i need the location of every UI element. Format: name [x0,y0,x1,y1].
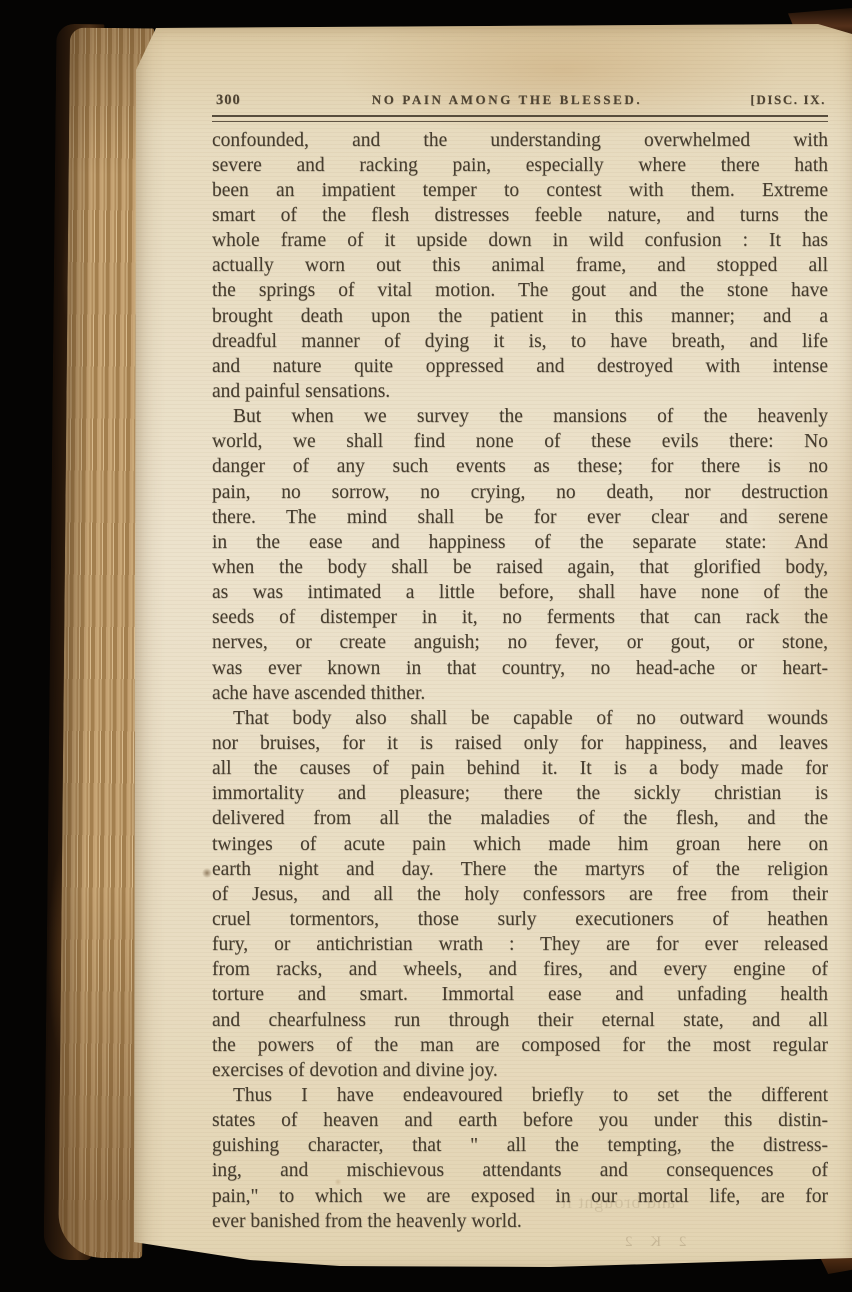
text-line: of Jesus, and all the holy confessors ar… [212,882,828,907]
text-line: was ever known in that country, no head-… [212,656,828,681]
text-line: guishing character, that " all the tempt… [212,1133,828,1158]
text-line: smart of the flesh distresses feeble nat… [212,203,828,228]
print-area: 300 NO PAIN AMONG THE BLESSED. [DISC. IX… [212,92,828,1234]
text-line: confounded, and the understanding overwh… [212,128,828,153]
text-line: nor bruises, for it is raised only for h… [212,731,828,756]
text-line: seeds of distemper in it, no ferments th… [212,605,828,630]
text-line: from racks, and wheels, and fires, and e… [212,957,828,982]
page-number: 300 [216,92,306,109]
book-page: 300 NO PAIN AMONG THE BLESSED. [DISC. IX… [130,20,852,1272]
text-line: when the body shall be raised again, tha… [212,555,828,580]
text-line: pain, no sorrow, no crying, no death, no… [212,480,828,505]
text-line: there. The mind shall be for ever clear … [212,505,828,530]
signature-mark: 2 K 2 [618,1234,686,1251]
text-line: delivered from all the maladies of the f… [212,806,828,831]
paragraph: But when we survey the mansions of the h… [212,404,828,706]
text-line: exercises of devotion and divine joy. [212,1058,828,1083]
text-line: and painful sensations. [212,379,828,404]
text-line: cruel tormentors, those surly executione… [212,907,828,932]
text-line: in the ease and happiness of the separat… [212,530,828,555]
text-line: the springs of vital motion. The gout an… [212,278,828,303]
running-head: 300 NO PAIN AMONG THE BLESSED. [DISC. IX… [212,92,828,115]
text-line: nerves, or create anguish; no fever, or … [212,630,828,655]
text-line: But when we survey the mansions of the h… [212,404,828,429]
text-line: states of heaven and earth before you un… [212,1108,828,1133]
text-line: torture and smart. Immortal ease and unf… [212,982,828,1007]
text-line: actually worn out this animal frame, and… [212,253,828,278]
text-line: danger of any such events as these; for … [212,454,828,479]
text-line: ing, and mischievous attendants and cons… [212,1158,828,1183]
text-line: That body also shall be capable of no ou… [212,706,828,731]
running-title: NO PAIN AMONG THE BLESSED. [306,92,708,108]
text-line: earth night and day. There the martyrs o… [212,857,828,882]
body-text: confounded, and the understanding overwh… [212,128,828,1234]
text-line: the powers of the man are composed for t… [212,1033,828,1058]
paragraph: That body also shall be capable of no ou… [212,706,828,1083]
header-double-rule [212,115,828,122]
text-line: Thus I have endeavoured briefly to set t… [212,1083,828,1108]
paragraph: confounded, and the understanding overwh… [212,128,828,405]
text-line: and chearfulness run through their etern… [212,1008,828,1033]
text-line: severe and racking pain, especially wher… [212,153,828,178]
text-line: ache have ascended thither. [212,681,828,706]
text-line: ever banished from the heavenly world. [212,1209,828,1234]
text-line: been an impatient temper to contest with… [212,178,828,203]
text-line: fury, or antichristian wrath : They are … [212,932,828,957]
text-line: immortality and pleasure; there the sick… [212,781,828,806]
text-line: twinges of acute pain which made him gro… [212,832,828,857]
text-line: whole frame of it upside down in wild co… [212,228,828,253]
section-label: [DISC. IX. [708,92,826,108]
paragraph: Thus I have endeavoured briefly to set t… [212,1083,828,1234]
text-line: world, we shall find none of these evils… [212,429,828,454]
text-line: and nature quite oppressed and destroyed… [212,354,828,379]
text-line: as was intimated a little before, shall … [212,580,828,605]
text-line: pain," to which we are exposed in our mo… [212,1184,828,1209]
text-line: all the causes of pain behind it. It is … [212,756,828,781]
text-line: dreadful manner of dying it is, to have … [212,329,828,354]
text-line: brought death upon the patient in this m… [212,304,828,329]
